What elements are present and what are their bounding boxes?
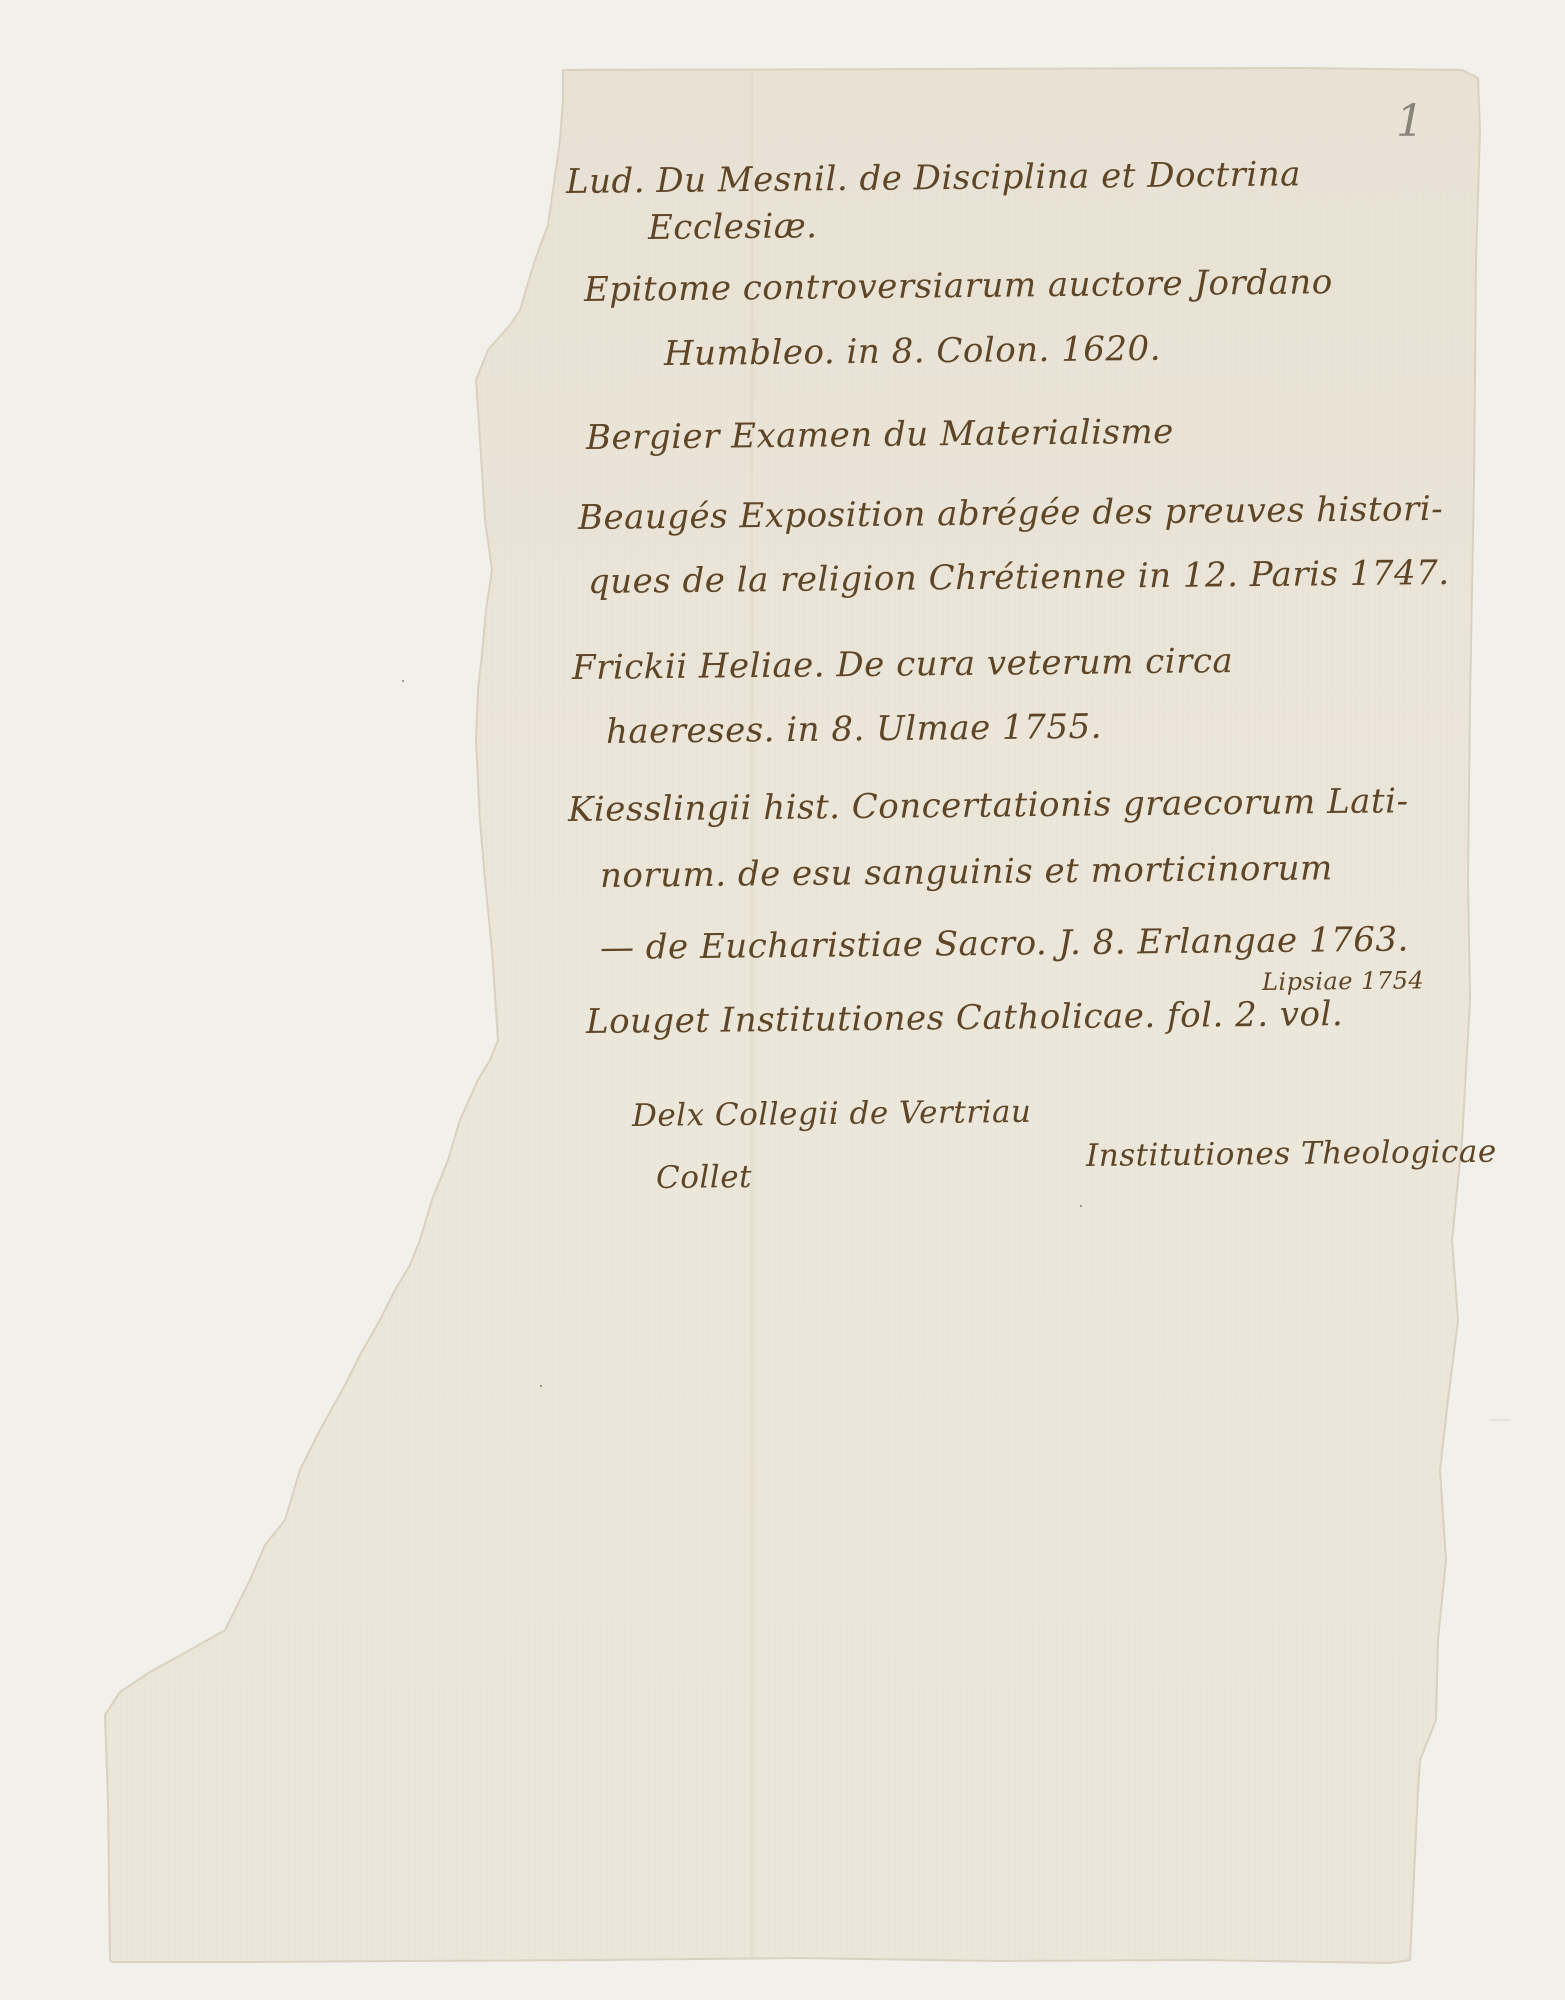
manuscript-line: Ecclesiæ. — [648, 206, 818, 248]
manuscript-line: Delx Collegii de Vertriau — [632, 1094, 1032, 1134]
manuscript-line: Lud. Du Mesnil. de Disciplina et Doctrin… — [566, 154, 1301, 202]
ink-speck — [402, 680, 404, 682]
manuscript-line: Collet — [656, 1159, 752, 1196]
manuscript-line: Humbleo. in 8. Colon. 1620. — [664, 329, 1161, 374]
manuscript-line: Institutiones Theologicae — [1086, 1134, 1497, 1174]
folio-number: 1 — [1396, 96, 1424, 147]
document-stage: 1 Lud. Du Mesnil. de Disciplina et Doctr… — [0, 0, 1565, 2000]
manuscript-line-interlinear: Lipsiae 1754 — [1262, 966, 1424, 996]
ink-speck — [540, 1385, 542, 1387]
manuscript-line: norum. de esu sanguinis et morticinorum — [600, 848, 1333, 896]
manuscript-line: Frickii Heliae. De cura veterum circa — [572, 641, 1234, 688]
manuscript-line: Epitome controversiarum auctore Jordano — [584, 262, 1333, 310]
manuscript-line: — de Eucharistiae Sacro. J. 8. Erlangae … — [600, 920, 1409, 968]
ink-speck — [1080, 1205, 1082, 1207]
manuscript-line: haereses. in 8. Ulmae 1755. — [606, 707, 1102, 752]
manuscript-line: Louget Institutiones Catholicae. fol. 2.… — [586, 994, 1344, 1042]
manuscript-line: Bergier Examen du Materialisme — [586, 412, 1174, 458]
